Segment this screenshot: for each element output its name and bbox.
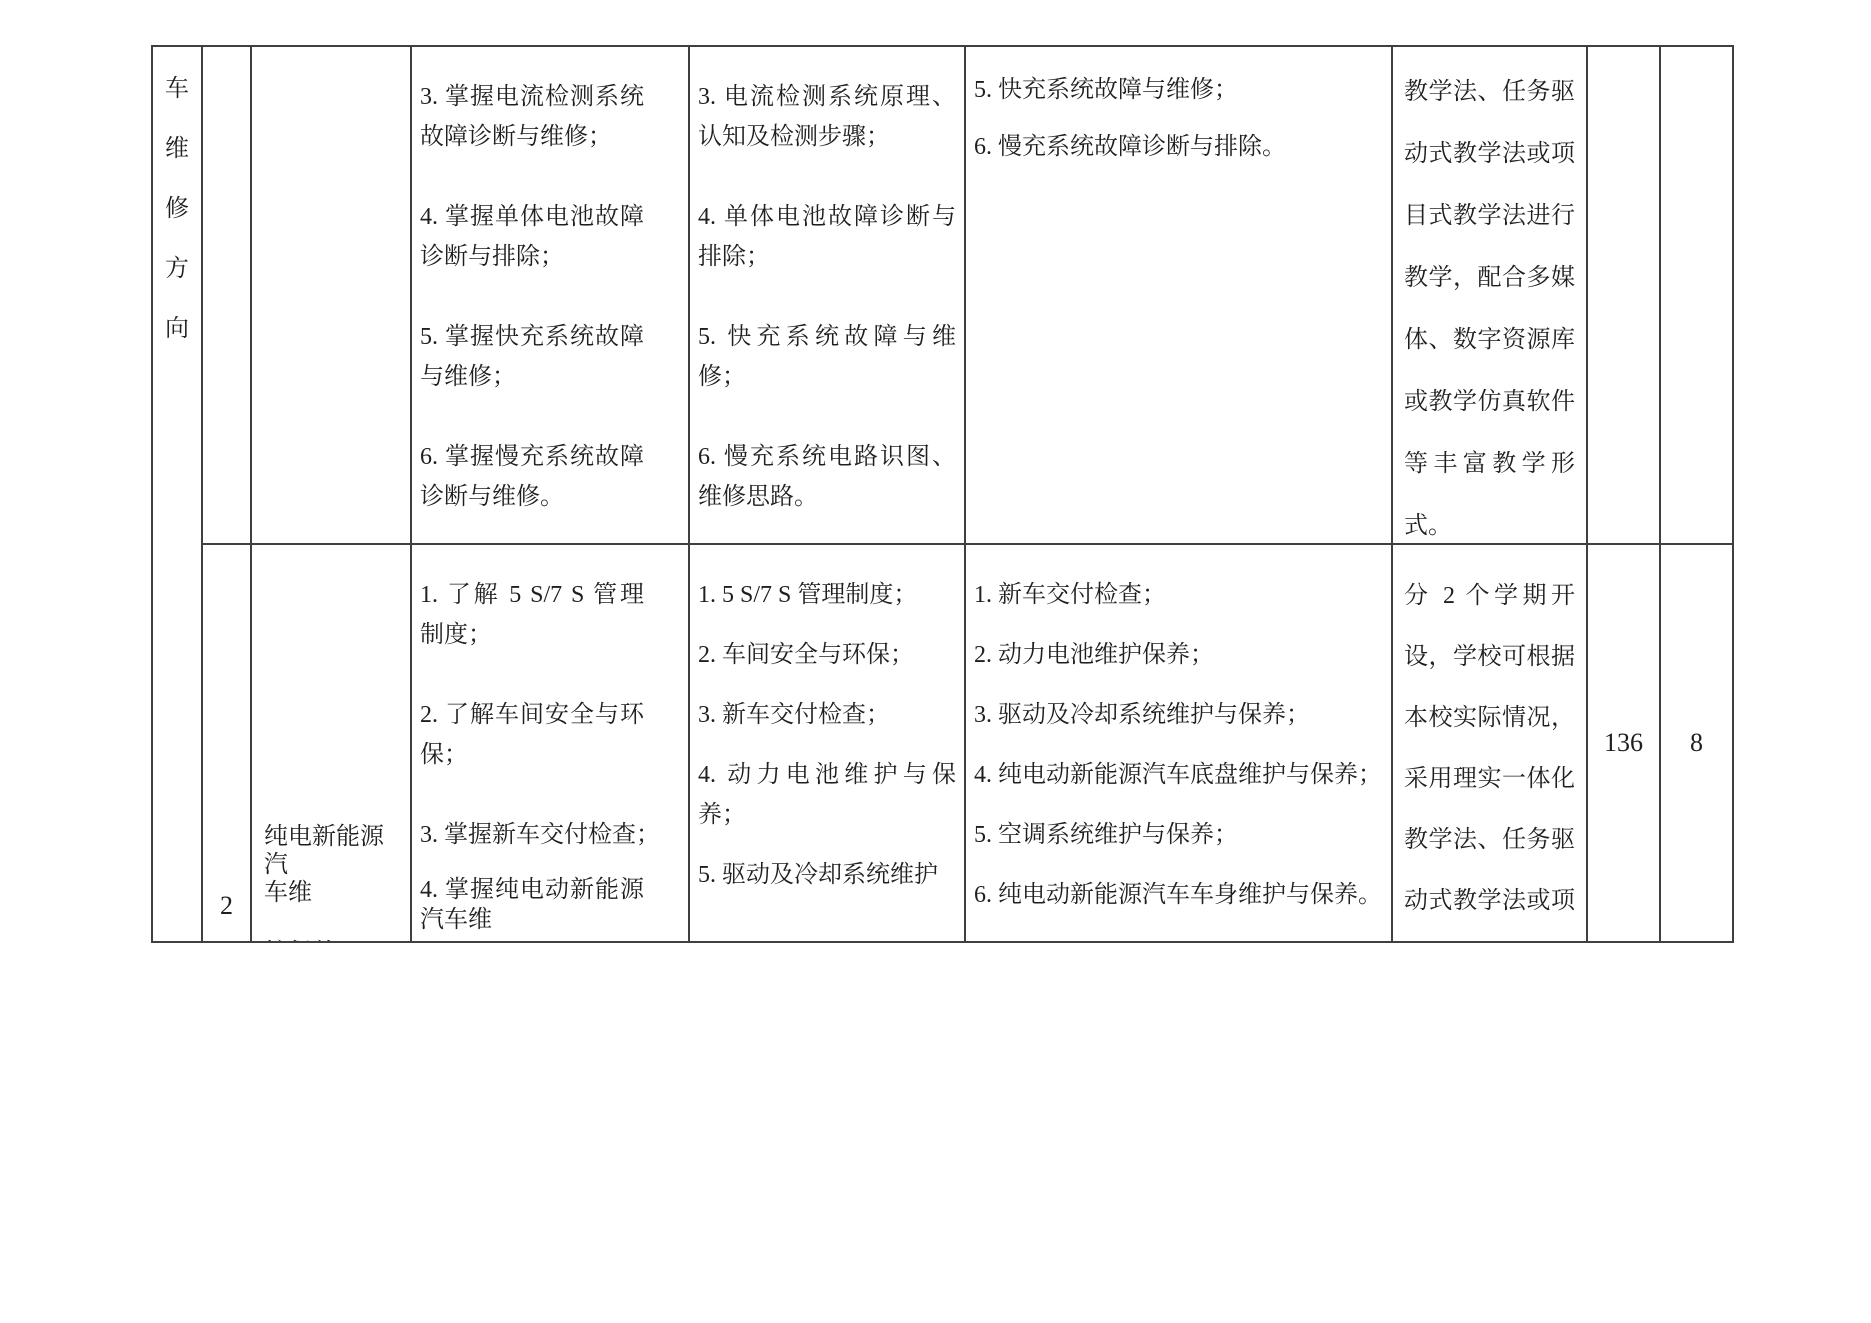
text-line: 6. 慢充系统故障诊断与排除。 [974,119,1383,176]
text-line: 5. 空调系统维护与保养； [974,815,1383,855]
text-line: 3. 新车交付检查； [698,695,956,735]
paragraph: 8 [1690,730,1703,756]
paragraph: 分 2 个学期开设，学校可根据本校实际情况，采用理实一体化教学法、任务驱动式教学… [1404,566,1575,932]
text-line: 认知及检测步骤； [698,117,956,157]
text-line: 诊断与维修。 [420,477,644,517]
text-line: 等丰富教学形 [1404,433,1575,495]
paragraph: 3. 掌握电流检测系统故障诊断与维修； [420,77,644,157]
paragraph: 2 [220,893,233,919]
paragraph: 3. 掌握新车交付检查； [420,815,644,855]
text-line: 修； [698,357,956,397]
cell-r2-hours: 136 [1588,545,1661,943]
cell-r2-course: 纯电新能源汽车维护保养 [252,545,412,943]
paragraph: 5. 掌握快充系统故障与维修； [420,317,644,397]
text-line: 制度； [420,615,644,655]
text-line: 4. 掌握纯电动新能源 [420,875,644,905]
paragraph: 4. 纯电动新能源汽车底盘维护与保养； [974,755,1383,795]
text-line: 式。 [1404,495,1575,545]
text-line: 5. 掌握快充系统故障 [420,317,644,357]
paragraph: 4. 单体电池故障诊断与排除； [698,197,956,277]
cell-r2-credits: 8 [1661,545,1734,943]
paragraph: 5. 驱动及冷却系统维护 [698,855,956,895]
paragraph: 4. 掌握纯电动新能源汽车维 [420,875,644,935]
cell-r1-key-content: 5. 快充系统故障与维修；6. 慢充系统故障诊断与排除。 [966,47,1393,545]
paragraph: 6. 纯电动新能源汽车车身维护与保养。 [974,875,1383,915]
paragraph: 1. 了解 5 S/7 S 管理制度； [420,575,644,655]
text-line: 目式教学法进行 [1404,185,1575,247]
text-line: 2 [220,893,233,919]
text-line: 设，学校可根据 [1404,627,1575,688]
text-line: 动式教学法或项 [1404,123,1575,185]
vertical-char: 车 [153,59,201,119]
text-line: 4. 纯电动新能源汽车底盘维护与保养； [974,755,1383,795]
paragraph: 5. 空调系统维护与保养； [974,815,1383,855]
paragraph: 1. 5 S/7 S 管理制度； [698,575,956,615]
paragraph: 2. 动力电池维护保养； [974,635,1383,675]
cell-r2-objectives: 1. 了解 5 S/7 S 管理制度；2. 了解车间安全与环保；3. 掌握新车交… [412,545,690,943]
cell-r1-course [252,47,412,545]
text-line: 6. 纯电动新能源汽车车身维护与保养。 [974,875,1383,915]
text-line: 教学，配合多媒 [1404,247,1575,309]
text-line: 2. 动力电池维护保养； [974,635,1383,675]
paragraph: 教学法、任务驱动式教学法或项目式教学法进行教学，配合多媒体、数字资源库或教学仿真… [1404,61,1575,545]
text-line: 纯电新能源汽 [264,823,402,879]
paragraph: 3. 电流检测系统原理、认知及检测步骤； [698,77,956,157]
cell-r2-teaching-content: 1. 5 S/7 S 管理制度；2. 车间安全与环保；3. 新车交付检查；4. … [690,545,966,943]
paragraph: 2. 车间安全与环保； [698,635,956,675]
text-line: 教学法、任务驱 [1404,61,1575,123]
paragraph: 3. 驱动及冷却系统维护与保养； [974,695,1383,735]
text-line: 136 [1604,730,1643,756]
text-line: 5. 快充系统故障与维修； [974,62,1383,119]
text-line: 5. 驱动及冷却系统维护 [698,855,956,895]
text-line: 8 [1690,730,1703,756]
curriculum-table: 车维修方向3. 掌握电流检测系统故障诊断与维修；4. 掌握单体电池故障诊断与排除… [151,45,1734,943]
vertical-char: 修 [153,179,201,239]
text-line: 保； [420,735,644,775]
vertical-char: 向 [153,299,201,359]
paragraph: 2. 了解车间安全与环保； [420,695,644,775]
cell-r1-teaching-content: 3. 电流检测系统原理、认知及检测步骤；4. 单体电池故障诊断与排除；5. 快充… [690,47,966,545]
text-line: 6. 慢充系统电路识图、 [698,437,956,477]
cell-r1-credits [1661,47,1734,545]
cell-r2-teaching-method: 分 2 个学期开设，学校可根据本校实际情况，采用理实一体化教学法、任务驱动式教学… [1393,545,1588,943]
text-line: 采用理实一体化 [1404,749,1575,810]
text-line: 2. 车间安全与环保； [698,635,956,675]
paragraph: 5. 快充系统故障与维修； [698,317,956,397]
text-line: 教学法、任务驱 [1404,810,1575,871]
paragraph: 4. 动力电池维护与保养； [698,755,956,835]
text-line: 与维修； [420,357,644,397]
paragraph: 4. 掌握单体电池故障诊断与排除； [420,197,644,277]
text-line: 维修思路。 [698,477,956,517]
paragraph: 5. 快充系统故障与维修； [974,62,1383,119]
paragraph: 1. 新车交付检查； [974,575,1383,615]
text-line: 本校实际情况， [1404,688,1575,749]
cell-r1-hours [1588,47,1661,545]
text-line: 4. 掌握单体电池故障 [420,197,644,237]
paragraph: 136 [1604,730,1643,756]
text-line: 诊断与排除； [420,237,644,277]
text-line: 3. 掌握电流检测系统 [420,77,644,117]
paragraph: 3. 新车交付检查； [698,695,956,735]
paragraph: 护保养 [264,939,402,943]
vertical-char: 方 [153,239,201,299]
text-line: 或教学仿真软件 [1404,371,1575,433]
cell-r2-seq: 2 [203,545,252,943]
paragraph: 6. 慢充系统故障诊断与排除。 [974,119,1383,176]
text-line: 4. 单体电池故障诊断与 [698,197,956,237]
text-line: 1. 新车交付检查； [974,575,1383,615]
cell-r1-teaching-method: 教学法、任务驱动式教学法或项目式教学法进行教学，配合多媒体、数字资源库或教学仿真… [1393,47,1588,545]
text-line: 护保养 [264,939,402,943]
text-line: 3. 掌握新车交付检查； [420,815,644,855]
text-line: 4. 动力电池维护与保 [698,755,956,795]
text-line: 车维 [264,879,402,907]
text-line: 2. 了解车间安全与环 [420,695,644,735]
text-line: 体、数字资源库 [1404,309,1575,371]
paragraph: 6. 掌握慢充系统故障诊断与维修。 [420,437,644,517]
text-line: 汽车维 [420,905,644,935]
text-line: 1. 了解 5 S/7 S 管理 [420,575,644,615]
text-line: 5. 快充系统故障与维 [698,317,956,357]
paragraph: 纯电新能源汽车维 [264,823,402,907]
cell-track-direction: 车维修方向 [153,47,203,943]
text-line: 3. 驱动及冷却系统维护与保养； [974,695,1383,735]
text-line: 动式教学法或项 [1404,871,1575,932]
cell-r2-key-content: 1. 新车交付检查；2. 动力电池维护保养；3. 驱动及冷却系统维护与保养；4.… [966,545,1393,943]
text-line: 故障诊断与维修； [420,117,644,157]
vertical-char: 维 [153,119,201,179]
text-line: 3. 电流检测系统原理、 [698,77,956,117]
cell-r1-objectives: 3. 掌握电流检测系统故障诊断与维修；4. 掌握单体电池故障诊断与排除；5. 掌… [412,47,690,545]
text-line: 养； [698,795,956,835]
text-line: 6. 掌握慢充系统故障 [420,437,644,477]
text-line: 分 2 个学期开 [1404,566,1575,627]
text-line: 1. 5 S/7 S 管理制度； [698,575,956,615]
cell-r1-seq [203,47,252,545]
paragraph: 6. 慢充系统电路识图、维修思路。 [698,437,956,517]
text-line: 排除； [698,237,956,277]
